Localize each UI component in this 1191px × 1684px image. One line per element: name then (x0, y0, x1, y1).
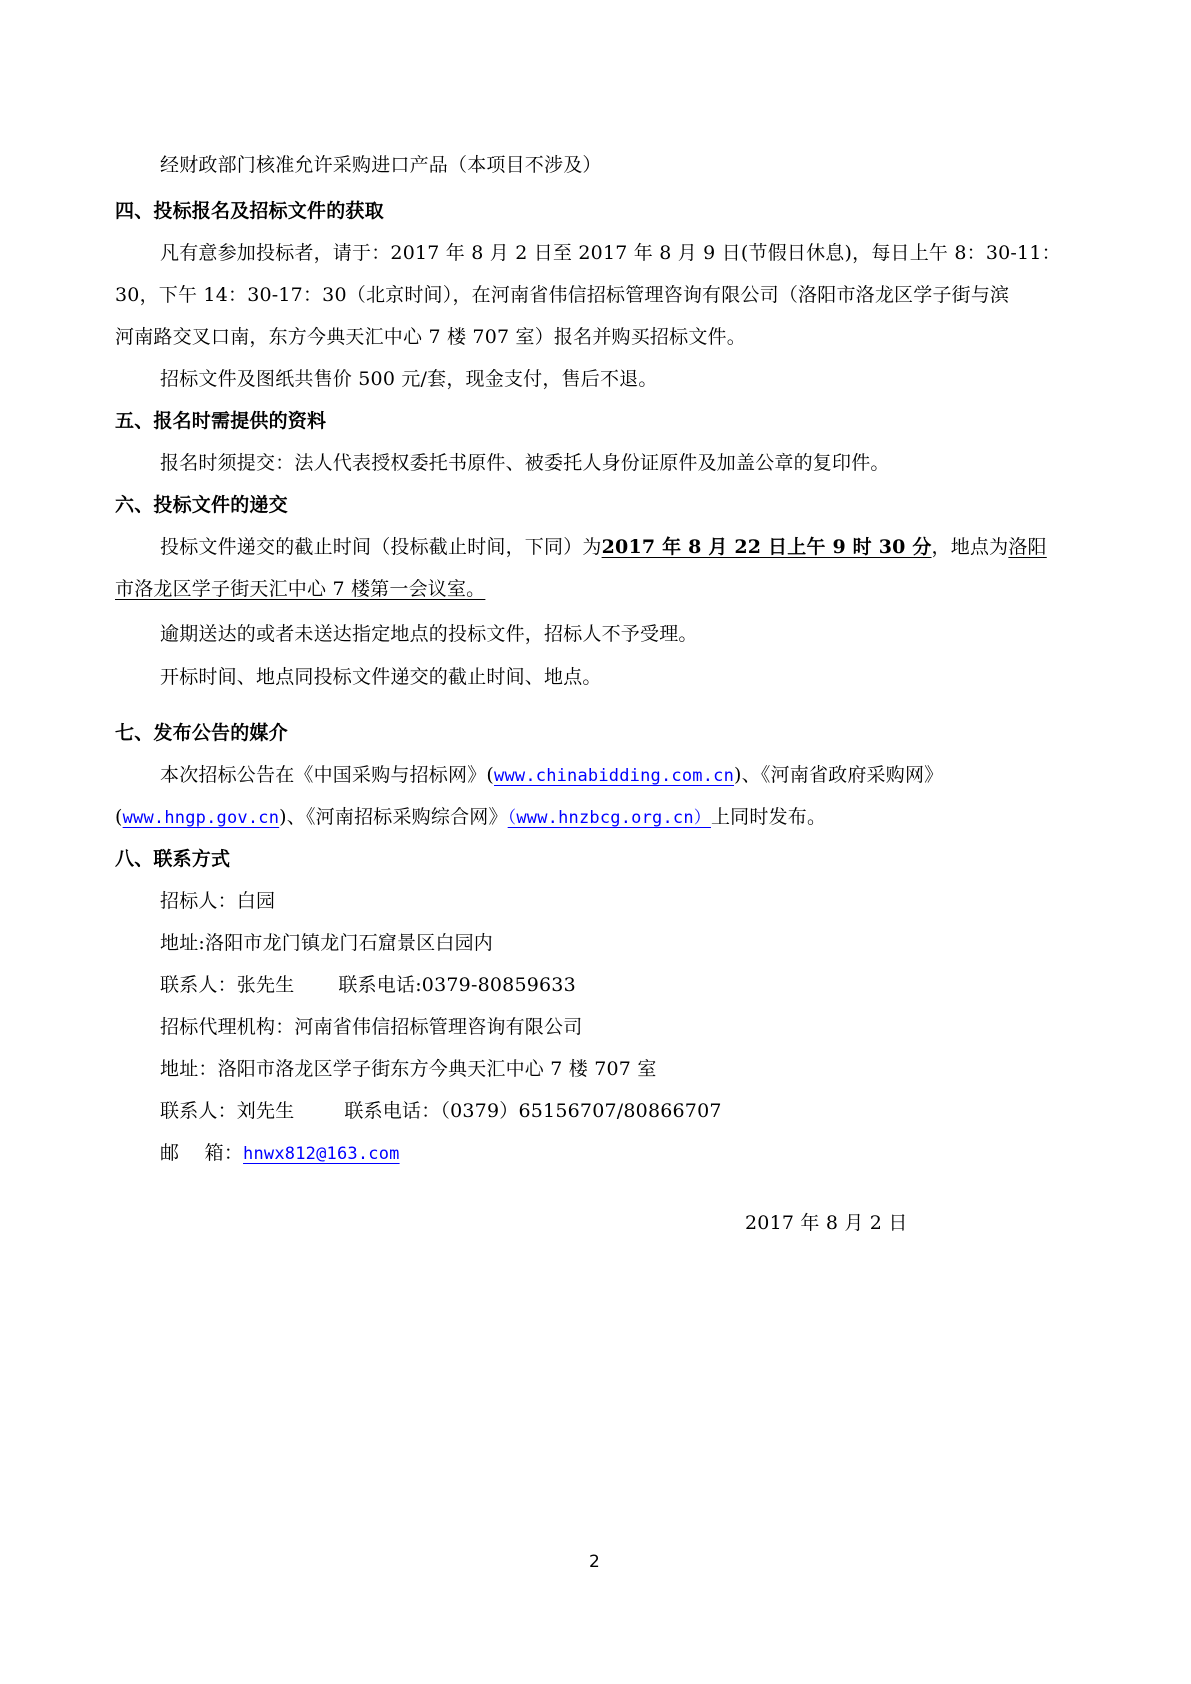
agency-address: 地址：洛阳市洛龙区学子街东方今典天汇中心 7 楼 707 室 (160, 1057, 657, 1081)
paragraph: 30，下午 14：30-17：30（北京时间），在河南省伟信招标管理咨询有限公司… (115, 283, 1009, 307)
paragraph-media: 本次招标公告在《中国采购与招标网》(www.chinabidding.com.c… (160, 763, 943, 788)
paragraph: 河南路交叉口南，东方今典天汇中心 7 楼 707 室）报名并购买招标文件。 (115, 325, 746, 349)
document-date: 2017 年 8 月 2 日 (745, 1211, 908, 1235)
tenderer-address: 地址:洛阳市龙门镇龙门石窟景区白园内 (160, 931, 493, 955)
paragraph: 招标文件及图纸共售价 500 元/套，现金支付，售后不退。 (160, 367, 658, 391)
deadline-prefix: 投标文件递交的截止时间（投标截止时间，下同）为 (160, 536, 602, 558)
section-heading-6: 六、投标文件的递交 (115, 493, 288, 517)
media-text: )、《河南招标采购综合网》 (279, 806, 508, 828)
section-heading-8: 八、联系方式 (115, 847, 230, 871)
deadline-place-cont: 市洛龙区学子街天汇中心 7 楼第一会议室。 (115, 577, 485, 601)
section-heading-4: 四、投标报名及招标文件的获取 (115, 199, 384, 223)
tenderer: 招标人：白园 (160, 889, 275, 913)
link-hnzbcg[interactable]: （www.hnzbcg.org.cn） (508, 808, 711, 828)
media-text: )、《河南省政府采购网》 (734, 764, 943, 786)
paragraph: 报名时须提交：法人代表授权委托书原件、被委托人身份证原件及加盖公章的复印件。 (160, 451, 890, 475)
tenderer-contact-row: 联系人：张先生联系电话:0379-80859633 (160, 973, 576, 997)
paragraph: 开标时间、地点同投标文件递交的截止时间、地点。 (160, 665, 602, 689)
section-heading-5: 五、报名时需提供的资料 (115, 409, 326, 433)
media-text: ( (115, 806, 123, 828)
agency-contact-row: 联系人：刘先生联系电话：（0379）65156707/80866707 (160, 1099, 722, 1123)
email-link[interactable]: hnwx812@163.com (243, 1144, 400, 1164)
agency-phone: 联系电话：（0379）65156707/80866707 (344, 1100, 721, 1122)
tenderer-contact: 联系人：张先生 (160, 974, 294, 996)
media-text: 本次招标公告在《中国采购与招标网》( (160, 764, 494, 786)
intro-line: 经财政部门核准允许采购进口产品（本项目不涉及） (160, 153, 602, 177)
paragraph-media-cont: (www.hngp.gov.cn)、《河南招标采购综合网》（www.hnzbcg… (115, 805, 826, 830)
tenderer-phone: 联系电话:0379-80859633 (338, 974, 575, 996)
paragraph-deadline: 投标文件递交的截止时间（投标截止时间，下同）为2017 年 8 月 22 日上午… (160, 535, 1047, 559)
agency-contact: 联系人：刘先生 (160, 1100, 294, 1122)
email-row: 邮 箱：hnwx812@163.com (160, 1141, 400, 1166)
page-number: 2 (589, 1552, 600, 1572)
agency: 招标代理机构：河南省伟信招标管理咨询有限公司 (160, 1015, 582, 1039)
email-label: 邮 箱： (160, 1142, 243, 1164)
paragraph: 逾期送达的或者未送达指定地点的投标文件，招标人不予受理。 (160, 622, 698, 646)
paragraph: 凡有意参加投标者，请于：2017 年 8 月 2 日至 2017 年 8 月 9… (160, 241, 1061, 265)
section-heading-7: 七、发布公告的媒介 (115, 721, 288, 745)
link-hngp[interactable]: www.hngp.gov.cn (123, 808, 280, 828)
deadline-datetime: 2017 年 8 月 22 日上午 9 时 30 分 (602, 536, 932, 558)
media-text: 上同时发布。 (711, 806, 826, 828)
document-page: 经财政部门核准允许采购进口产品（本项目不涉及） 四、投标报名及招标文件的获取 凡… (0, 0, 1191, 1684)
deadline-mid: ，地点为 (932, 536, 1009, 558)
deadline-place: 洛阳 (1008, 536, 1046, 558)
link-chinabidding[interactable]: www.chinabidding.com.cn (494, 766, 734, 786)
